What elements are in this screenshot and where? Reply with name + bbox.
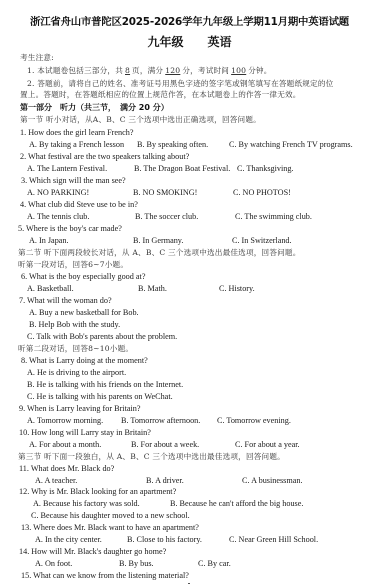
question-15: 15. What can we know from the listening …: [21, 571, 189, 581]
q8-option-b: B. He is talking with his friends on the…: [27, 380, 183, 390]
q3-option-b: B. NO SMOKING!: [133, 188, 197, 198]
q1-option-a: A. By taking a French lesson: [29, 140, 124, 150]
q6-option-c: C. History.: [219, 284, 255, 294]
q9-option-b: B. Tomorrow afternoon.: [121, 416, 200, 426]
section1-instruction: 第一节 听小对话，从A、B、C 三个选项中选出正确选项，回答问题。: [20, 115, 261, 125]
page-count: 8: [123, 66, 132, 75]
part1-heading: 第一部分 听力（共三节， 满分 20 分）: [20, 103, 169, 113]
q2-option-b: B. The Dragon Boat Festival.: [134, 164, 230, 174]
q12-option-b: B. Because he can't afford the big house…: [170, 499, 303, 509]
question-6: 6. What is the boy especially good at?: [21, 272, 145, 282]
q10-option-b: B. For about a week.: [131, 440, 199, 450]
exam-title: 浙江省舟山市普陀区2025-2026学年九年级上学期11月期中英语试题: [0, 13, 379, 28]
question-1: 1. How does the girl learn French?: [20, 128, 133, 138]
q7-option-c: C. Talk with Bob's parents about the pro…: [27, 332, 177, 342]
q2-option-a: A. The Lantern Festival.: [27, 164, 107, 174]
question-3: 3. Which sign will the man see?: [21, 176, 126, 186]
q10-option-a: A. For about a month.: [29, 440, 101, 450]
q1-option-c: C. By watching French TV programs.: [229, 140, 353, 150]
q1-option-b: B. By speaking often.: [137, 140, 208, 150]
q5-option-a: A. In Japan.: [29, 236, 69, 246]
q11-option-b: B. A driver.: [146, 476, 184, 486]
q6-option-b: B. Math.: [138, 284, 167, 294]
q11-option-a: A. A teacher.: [35, 476, 77, 486]
question-7: 7. What will the woman do?: [19, 296, 112, 306]
question-14: 14. How will Mr. Black's daughter go hom…: [19, 547, 166, 557]
notice-text: 分，考试时间: [182, 66, 229, 75]
dialog2-instruction: 听第二段对话，回答8~10小题。: [18, 344, 133, 354]
q3-option-a: A. NO PARKING!: [27, 188, 89, 198]
q12-option-a: A. Because his factory was sold.: [33, 499, 140, 509]
question-10: 10. How long will Larry stay in Britain?: [19, 428, 151, 438]
q5-option-b: B. In Germany.: [133, 236, 183, 246]
question-12: 12. Why is Mr. Black looking for an apar…: [19, 487, 176, 497]
question-13: 13. Where does Mr. Black want to have an…: [21, 523, 199, 533]
question-9: 9. When is Larry leaving for Britain?: [19, 404, 141, 414]
q4-option-c: C. The swimming club.: [235, 212, 312, 222]
question-5: 5. Where is the boy's car made?: [18, 224, 122, 234]
exam-subtitle: 九年级英语: [0, 33, 379, 50]
q13-option-a: A. In the city center.: [35, 535, 102, 545]
q2-option-c: C. Thanksgiving.: [237, 164, 293, 174]
q13-option-b: B. Close to his factory.: [127, 535, 202, 545]
q12-option-c: C. Because his daughter moved to a new s…: [31, 511, 190, 521]
notice-item-2-line-1: 2. 答题前，请将自己的姓名、准考证号用黑色字迹的签字笔或钢笔填写在答题纸规定的…: [27, 79, 333, 89]
q10-option-c: C. For about a year.: [235, 440, 300, 450]
notice-text: 分钟。: [248, 66, 271, 75]
question-11: 11. What does Mr. Black do?: [19, 464, 114, 474]
question-8: 8. What is Larry doing at the moment?: [21, 356, 148, 366]
q4-option-a: A. The tennis club.: [27, 212, 89, 222]
q6-option-a: A. Basketball.: [27, 284, 74, 294]
grade-label: 九年级: [147, 33, 183, 50]
q11-option-c: C. A businessman.: [242, 476, 303, 486]
q7-option-b: B. Help Bob with the study.: [29, 320, 120, 330]
question-2: 2. What festival are the two speakers ta…: [20, 152, 189, 162]
q9-option-a: A. Tomorrow morning.: [27, 416, 103, 426]
notice-text: 1. 本试题卷包括三部分，共: [27, 66, 123, 75]
q13-option-c: C. Near Green Hill School.: [229, 535, 318, 545]
q3-option-c: C. NO PHOTOS!: [233, 188, 291, 198]
notice-text: 页，满分: [132, 66, 163, 75]
q9-option-c: C. Tomorrow evening.: [217, 416, 291, 426]
q4-option-b: B. The soccer club.: [135, 212, 198, 222]
q5-option-c: C. In Switzerland.: [232, 236, 292, 246]
section2-instruction: 第二节 听下面两段较长对话，从 A、B、C 三个选项中选出最佳选项，回答问题。: [18, 248, 301, 258]
total-score: 120: [163, 66, 182, 75]
q8-option-c: C. He is talking with his parents on WeC…: [27, 392, 173, 402]
exam-page: 浙江省舟山市普陀区2025-2026学年九年级上学期11月期中英语试题 九年级英…: [0, 0, 379, 587]
notice-heading: 考生注意:: [20, 53, 54, 63]
section3-instruction: 第三节 听下面一段独白，从 A、B、C 三个选项中选出最佳选项，回答问题。: [18, 452, 285, 462]
q8-option-a: A. He is driving to the airport.: [27, 368, 126, 378]
notice-item-1: 1. 本试题卷包括三部分，共8页，满分120分，考试时间100分钟。: [27, 66, 272, 76]
q7-option-a: A. Buy a new basketball for Bob.: [29, 308, 139, 318]
q14-option-b: B. By bus.: [119, 559, 154, 569]
notice-item-2-line-2: 置上。答题时，在答题纸相应的位置上规范作答，在本试题卷上的作答一律无效。: [20, 90, 301, 100]
dialog1-instruction: 听第一段对话，回答6~7小题。: [18, 260, 128, 270]
exam-time: 100: [229, 66, 248, 75]
q14-option-c: C. By car.: [198, 559, 231, 569]
q14-option-a: A. On foot.: [35, 559, 72, 569]
question-4: 4. What club did Steve use to be in?: [20, 200, 138, 210]
page-mark: [188, 583, 190, 584]
subject-label: 英语: [208, 33, 232, 50]
